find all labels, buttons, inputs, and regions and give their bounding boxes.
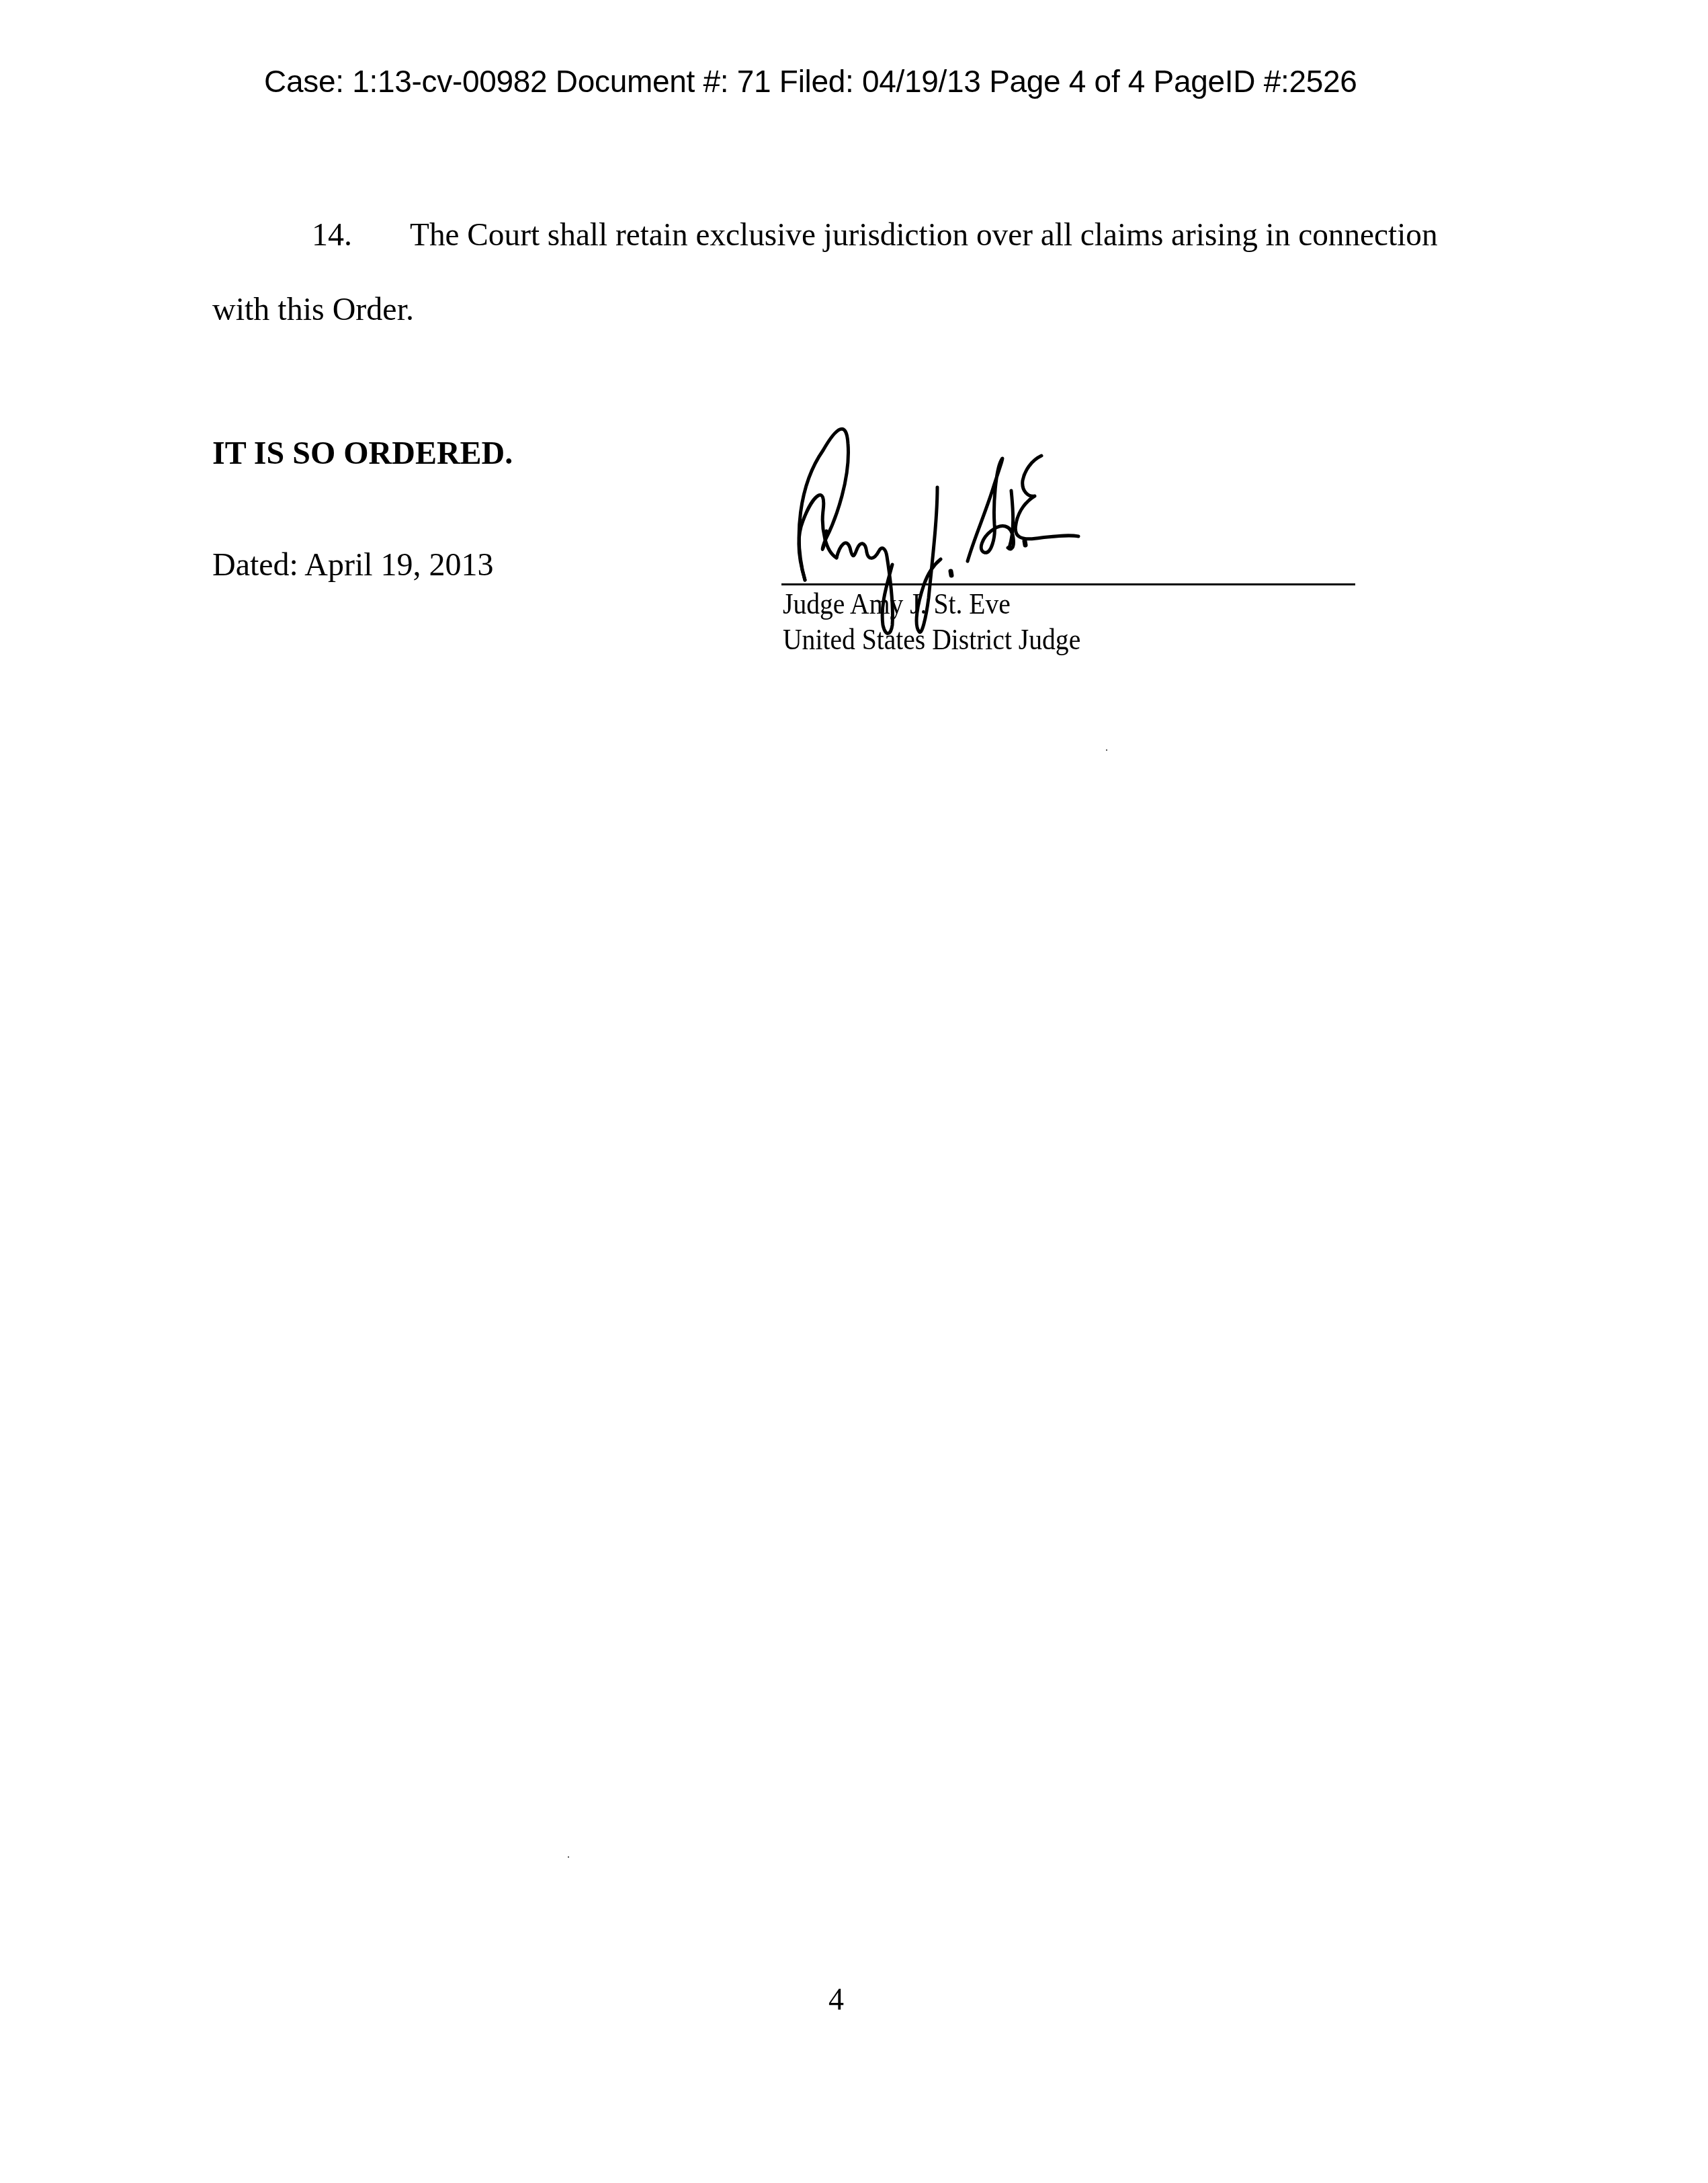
signer-name: Judge Amy J. St. Eve [783,589,1011,619]
page-number: 4 [828,1984,844,2015]
paragraph-text-line-1: The Court shall retain exclusive jurisdi… [410,219,1438,251]
paragraph-number: 14. [312,219,352,251]
scan-speck [568,1856,569,1858]
signature-line [781,583,1355,585]
it-is-so-ordered: IT IS SO ORDERED. [212,438,513,470]
signer-title: United States District Judge [783,625,1080,655]
scan-speck [1106,749,1107,751]
document-page: Case: 1:13-cv-00982 Document #: 71 Filed… [0,0,1708,2183]
paragraph-text-line-2: with this Order. [212,294,414,326]
case-header: Case: 1:13-cv-00982 Document #: 71 Filed… [264,66,1357,97]
dated-line: Dated: April 19, 2013 [212,549,494,581]
